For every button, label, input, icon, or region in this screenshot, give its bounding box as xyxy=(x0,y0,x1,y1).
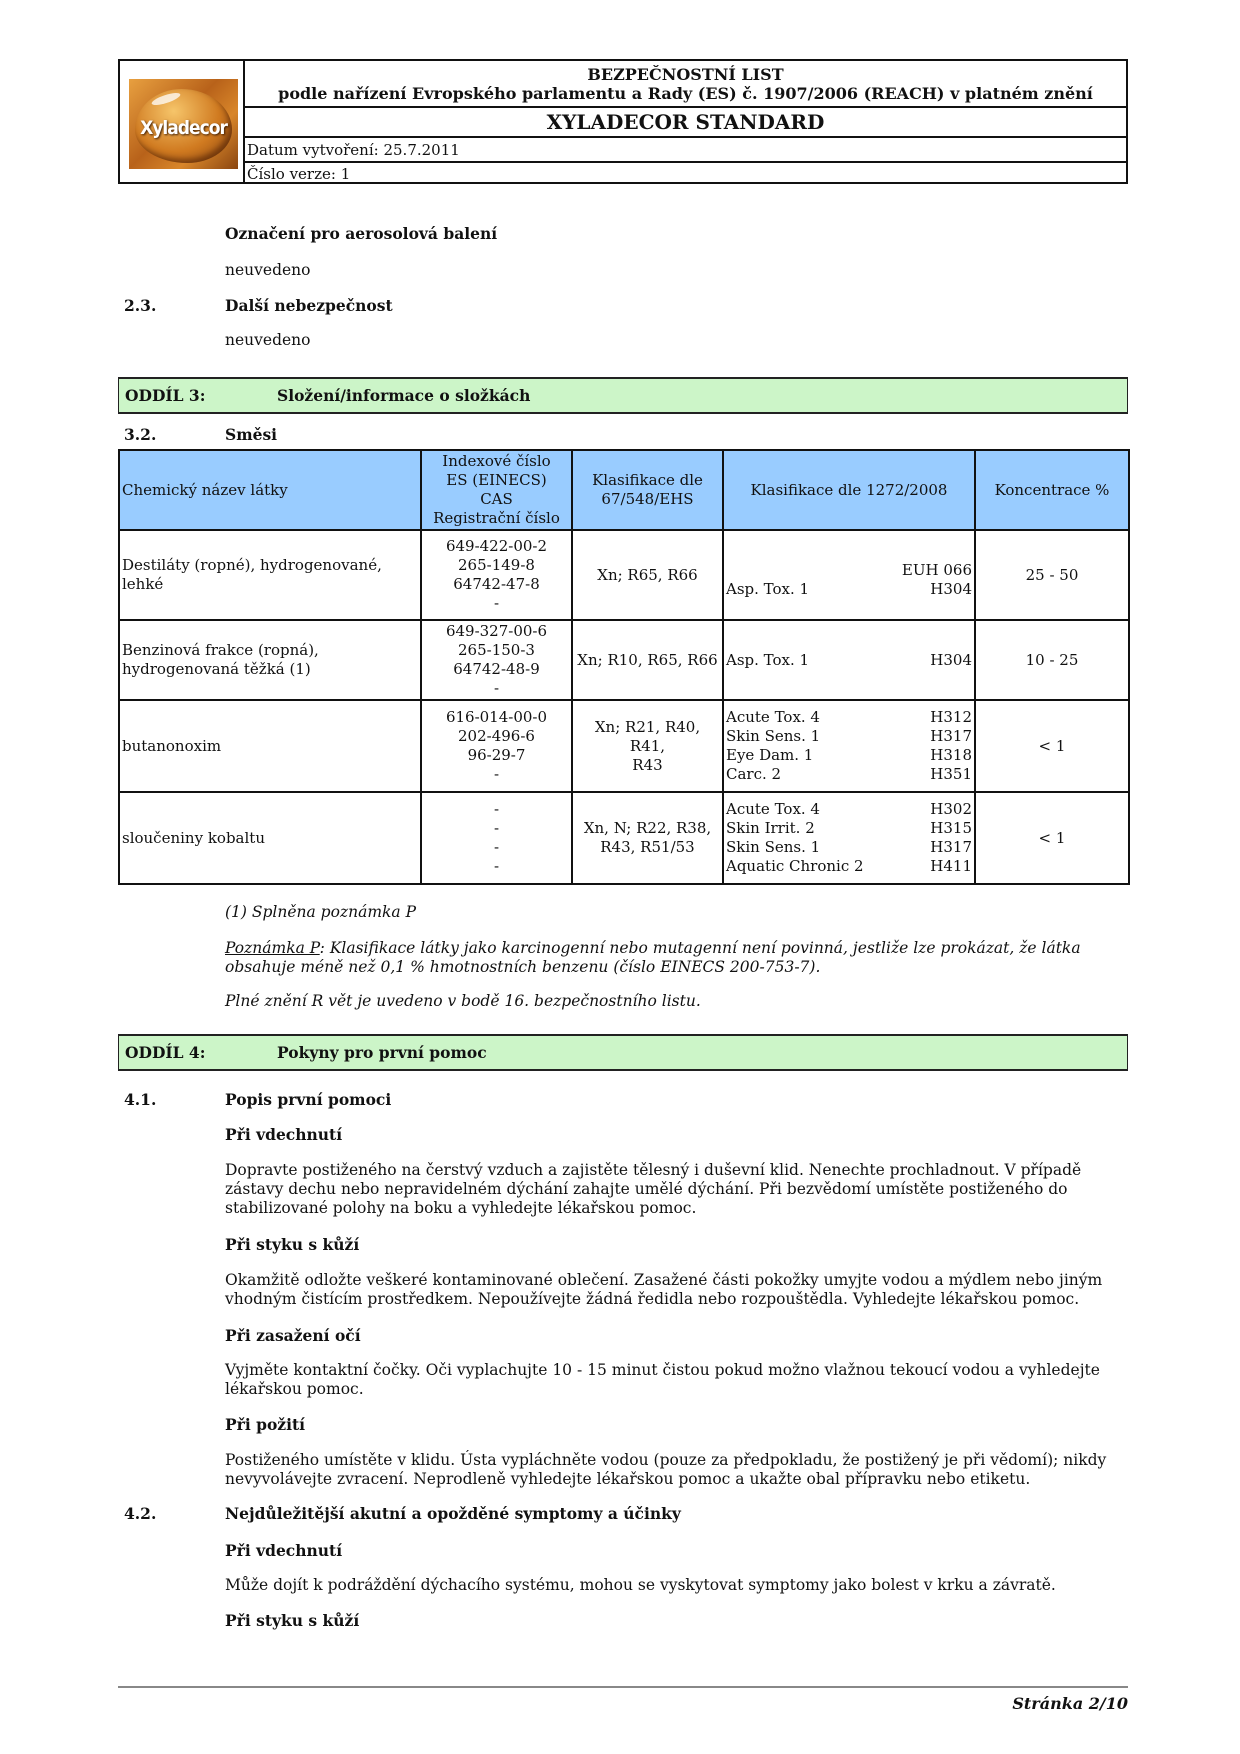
hazard-code: H411 xyxy=(930,857,972,876)
hazard-entry: Acute Tox. 4H312 xyxy=(726,708,972,727)
header-class-1272-line: Klasifikace dle 1272/2008 xyxy=(726,481,972,500)
identifier-value: 64742-48-9 xyxy=(424,660,569,679)
hazard-class: Acute Tox. 4 xyxy=(726,800,820,819)
classification-line: Xn; R65, R66 xyxy=(575,566,720,585)
section-3-title: Složení/informace o složkách xyxy=(277,379,530,413)
created-date: Datum vytvoření: 25.7.2011 xyxy=(245,138,1126,163)
identifier-value: 649-327-00-6 xyxy=(424,622,569,641)
hazard-entry: Acute Tox. 4H302 xyxy=(726,800,972,819)
aerosol-value: neuvedeno xyxy=(225,261,310,279)
table-row: sloučeniny kobaltu----Xn, N; R22, R38,R4… xyxy=(119,792,1129,884)
hazard-entry: Asp. Tox. 1H304 xyxy=(726,651,972,670)
hazard-class: Skin Sens. 1 xyxy=(726,838,820,857)
table-row: Benzinová frakce (ropná),hydrogenovaná t… xyxy=(119,620,1129,700)
section-4-1-number: 4.1. xyxy=(124,1090,156,1109)
concentration: 25 - 50 xyxy=(975,530,1129,620)
hazard-code: EUH 066 xyxy=(902,561,972,580)
s42-inhalation-heading: Při vdechnutí xyxy=(225,1541,342,1560)
classification-1272: Asp. Tox. 1H304 xyxy=(723,620,975,700)
identifiers: ---- xyxy=(421,792,572,884)
classification-line: R43 xyxy=(575,756,720,775)
table-body: Destiláty (ropné), hydrogenované, lehké6… xyxy=(119,530,1129,884)
hazard-entry: Skin Irrit. 2H315 xyxy=(726,819,972,838)
identifiers: 649-327-00-6265-150-364742-48-9- xyxy=(421,620,572,700)
classification-67-548: Xn; R10, R65, R66 xyxy=(572,620,723,700)
r-phrases-note: Plné znění R vět je uvedeno v bodě 16. b… xyxy=(225,992,701,1010)
composition-table: Chemický název látkyIndexové čísloES (EI… xyxy=(118,449,1130,885)
header-class-67-548-line: Klasifikace dle xyxy=(575,471,720,490)
substance-name-line: sloučeniny kobaltu xyxy=(122,829,418,848)
hazard-code: H302 xyxy=(930,800,972,819)
classification-67-548: Xn, N; R22, R38,R43, R51/53 xyxy=(572,792,723,884)
identifiers: 616-014-00-0202-496-696-29-7- xyxy=(421,700,572,792)
identifier-value: - xyxy=(424,800,569,819)
header-identifiers-line: CAS xyxy=(424,490,569,509)
section-3-2-title: Směsi xyxy=(225,425,277,444)
identifier-value: 616-014-00-0 xyxy=(424,708,569,727)
hazard-code: H318 xyxy=(930,746,972,765)
identifier-value: - xyxy=(424,765,569,784)
s42-skin-heading: Při styku s kůží xyxy=(225,1611,359,1630)
hazard-code: H304 xyxy=(930,580,972,599)
header-identifiers: Indexové čísloES (EINECS)CASRegistrační … xyxy=(421,450,572,530)
title-line-1: BEZPEČNOSTNÍ LIST xyxy=(245,65,1126,84)
hazard-entry: EUH 066 xyxy=(726,561,972,580)
hazard-class: Asp. Tox. 1 xyxy=(726,580,809,599)
section-3-2-number: 3.2. xyxy=(124,425,156,444)
concentration: < 1 xyxy=(975,700,1129,792)
table-row: Destiláty (ropné), hydrogenované, lehké6… xyxy=(119,530,1129,620)
inhalation-heading: Při vdechnutí xyxy=(225,1125,342,1144)
hazard-class: Aquatic Chronic 2 xyxy=(726,857,864,876)
substance-name: Destiláty (ropné), hydrogenované, lehké xyxy=(119,530,421,620)
hazard-entry: Skin Sens. 1H317 xyxy=(726,727,972,746)
logo-text: Xyladecor xyxy=(129,117,238,139)
classification-67-548: Xn; R65, R66 xyxy=(572,530,723,620)
table-row: butanonoxim616-014-00-0202-496-696-29-7-… xyxy=(119,700,1129,792)
hazard-class: Carc. 2 xyxy=(726,765,781,784)
ingestion-heading: Při požití xyxy=(225,1415,305,1434)
hazard-class: Asp. Tox. 1 xyxy=(726,651,809,670)
substance-name-line: Destiláty (ropné), hydrogenované, lehké xyxy=(122,556,418,594)
identifier-value: 96-29-7 xyxy=(424,746,569,765)
header-concentration-line: Koncentrace % xyxy=(978,481,1126,500)
aerosol-heading: Označení pro aerosolová balení xyxy=(225,224,497,243)
hazard-entry: Eye Dam. 1H318 xyxy=(726,746,972,765)
substance-name-line: Benzinová frakce (ropná), xyxy=(122,641,418,660)
note-p-text: : Klasifikace látky jako karcinogenní ne… xyxy=(225,939,1081,976)
page-number: Stránka 2/10 xyxy=(1012,1694,1128,1713)
classification-1272: EUH 066Asp. Tox. 1H304 xyxy=(723,530,975,620)
header-concentration: Koncentrace % xyxy=(975,450,1129,530)
substance-name: butanonoxim xyxy=(119,700,421,792)
section-4-title: Pokyny pro první pomoc xyxy=(277,1036,487,1070)
identifiers: 649-422-00-2265-149-864742-47-8- xyxy=(421,530,572,620)
substance-name: sloučeniny kobaltu xyxy=(119,792,421,884)
section-2-3-title: Další nebezpečnost xyxy=(225,296,393,315)
classification-67-548: Xn; R21, R40, R41,R43 xyxy=(572,700,723,792)
note-1: (1) Splněna poznámka P xyxy=(225,903,416,921)
version-number: Číslo verze: 1 xyxy=(245,163,1126,184)
section-3-number: ODDÍL 3: xyxy=(125,379,205,413)
section-2-3-value: neuvedeno xyxy=(225,331,310,349)
substance-name-line: hydrogenovaná těžká (1) xyxy=(122,660,418,679)
section-3-band: ODDÍL 3: Složení/informace o složkách xyxy=(118,377,1128,414)
hazard-class: Eye Dam. 1 xyxy=(726,746,813,765)
section-2-3-number: 2.3. xyxy=(124,296,156,315)
logo-cell: Xyladecor xyxy=(120,61,245,182)
footer-divider xyxy=(118,1686,1128,1688)
classification-line: Xn; R21, R40, R41, xyxy=(575,718,720,756)
s42-inhalation-text: Může dojít k podráždění dýchacího systém… xyxy=(225,1576,1125,1595)
identifier-value: - xyxy=(424,594,569,613)
section-4-number: ODDÍL 4: xyxy=(125,1036,205,1070)
hazard-entry: Aquatic Chronic 2H411 xyxy=(726,857,972,876)
note-p: Poznámka P: Klasifikace látky jako karci… xyxy=(225,939,1125,977)
classification-1272: Acute Tox. 4H302Skin Irrit. 2H315Skin Se… xyxy=(723,792,975,884)
inhalation-text: Dopravte postiženého na čerstvý vzduch a… xyxy=(225,1161,1125,1218)
classification-line: R43, R51/53 xyxy=(575,838,720,857)
header-chemical-name-line: Chemický název látky xyxy=(122,481,418,500)
header-identifiers-line: Indexové číslo xyxy=(424,452,569,471)
identifier-value: 265-149-8 xyxy=(424,556,569,575)
identifier-value: 649-422-00-2 xyxy=(424,537,569,556)
hazard-code: H351 xyxy=(930,765,972,784)
note-p-label: Poznámka P xyxy=(225,939,320,957)
identifier-value: - xyxy=(424,838,569,857)
hazard-code: H317 xyxy=(930,838,972,857)
classification-line: Xn; R10, R65, R66 xyxy=(575,651,720,670)
ingestion-text: Postiženého umístěte v klidu. Ústa vyplá… xyxy=(225,1451,1125,1489)
section-4-band: ODDÍL 4: Pokyny pro první pomoc xyxy=(118,1034,1128,1071)
section-4-2-number: 4.2. xyxy=(124,1504,156,1523)
identifier-value: 64742-47-8 xyxy=(424,575,569,594)
identifier-value: - xyxy=(424,857,569,876)
hazard-code: H315 xyxy=(930,819,972,838)
identifier-value: 265-150-3 xyxy=(424,641,569,660)
header-class-67-548: Klasifikace dle67/548/EHS xyxy=(572,450,723,530)
xyladecor-logo: Xyladecor xyxy=(129,79,238,169)
section-4-2-title: Nejdůležitější akutní a opožděné symptom… xyxy=(225,1504,681,1523)
header-chemical-name: Chemický název látky xyxy=(119,450,421,530)
hazard-entry: Carc. 2H351 xyxy=(726,765,972,784)
hazard-entry: Asp. Tox. 1H304 xyxy=(726,580,972,599)
title-line-2: podle nařízení Evropského parlamentu a R… xyxy=(245,84,1126,103)
eyes-heading: Při zasažení očí xyxy=(225,1326,361,1345)
hazard-class: Skin Sens. 1 xyxy=(726,727,820,746)
classification-line: Xn, N; R22, R38, xyxy=(575,819,720,838)
identifier-value: 202-496-6 xyxy=(424,727,569,746)
identifier-value: - xyxy=(424,679,569,698)
hazard-class: Skin Irrit. 2 xyxy=(726,819,815,838)
hazard-code: H312 xyxy=(930,708,972,727)
classification-1272: Acute Tox. 4H312Skin Sens. 1H317Eye Dam.… xyxy=(723,700,975,792)
hazard-entry: Skin Sens. 1H317 xyxy=(726,838,972,857)
header-class-67-548-line: 67/548/EHS xyxy=(575,490,720,509)
hazard-code: H304 xyxy=(930,651,972,670)
header-identifiers-line: ES (EINECS) xyxy=(424,471,569,490)
table-header-row: Chemický název látkyIndexové čísloES (EI… xyxy=(119,450,1129,530)
section-4-1-title: Popis první pomoci xyxy=(225,1090,391,1109)
concentration: 10 - 25 xyxy=(975,620,1129,700)
header-identifiers-line: Registrační číslo xyxy=(424,509,569,528)
concentration: < 1 xyxy=(975,792,1129,884)
identifier-value: - xyxy=(424,819,569,838)
header-class-1272: Klasifikace dle 1272/2008 xyxy=(723,450,975,530)
eyes-text: Vyjměte kontaktní čočky. Oči vyplachujte… xyxy=(225,1361,1125,1399)
document-header: Xyladecor BEZPEČNOSTNÍ LIST podle naříze… xyxy=(118,59,1128,184)
product-name: XYLADECOR STANDARD xyxy=(245,108,1126,138)
hazard-class: Acute Tox. 4 xyxy=(726,708,820,727)
substance-name: Benzinová frakce (ropná),hydrogenovaná t… xyxy=(119,620,421,700)
substance-name-line: butanonoxim xyxy=(122,737,418,756)
document-title: BEZPEČNOSTNÍ LIST podle nařízení Evropsk… xyxy=(245,61,1126,108)
hazard-code: H317 xyxy=(930,727,972,746)
skin-heading: Při styku s kůží xyxy=(225,1235,359,1254)
skin-text: Okamžitě odložte veškeré kontaminované o… xyxy=(225,1271,1125,1309)
